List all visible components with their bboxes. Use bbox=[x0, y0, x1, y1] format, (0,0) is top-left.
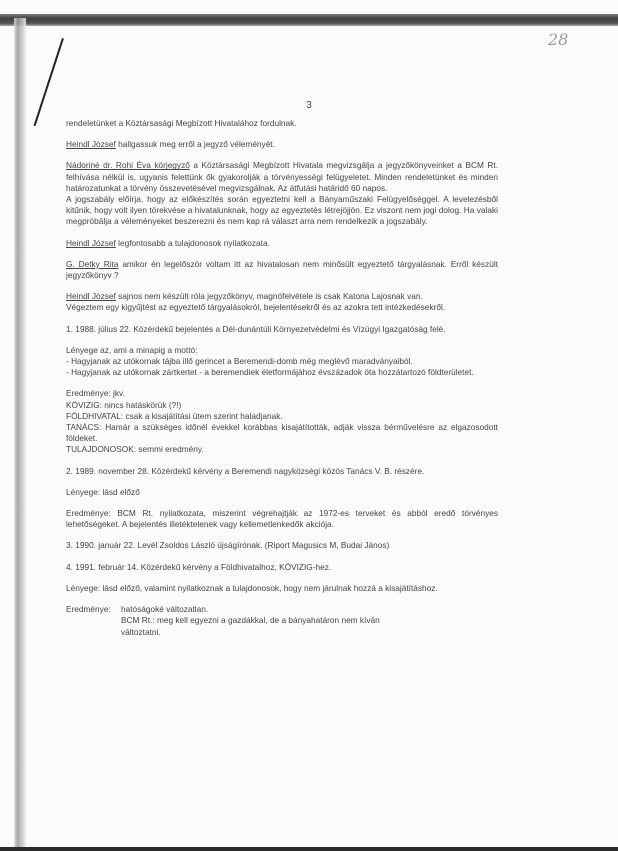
scan-border-left bbox=[14, 18, 26, 851]
item-4-result-line-1: hatóságoké változatlan. bbox=[121, 604, 498, 615]
speech-heindl-3-cont: Végeztem egy kigyűjtést az egyeztető tár… bbox=[66, 302, 498, 313]
speech-nadorine: Nádoriné dr. Rohi Éva körjegyző a Köztár… bbox=[66, 160, 498, 194]
item-4-result: Eredménye: hatóságoké változatlan. BCM R… bbox=[66, 604, 498, 638]
speech-heindl-3: Heindl József sajnos nem készült róla je… bbox=[66, 291, 498, 302]
speech-text: amikor én legelőször voltam itt az hivat… bbox=[66, 259, 498, 280]
item-2-heading: 2. 1989. november 28. Közérdekű kérvény … bbox=[66, 466, 498, 477]
item-1-result-tanacs: TANÁCS: Hamár a szükséges időnél évekkel… bbox=[66, 422, 498, 444]
document-body: rendeletünket a Köztársasági Megbízott H… bbox=[66, 118, 498, 638]
item-4-result-line-2: BCM Rt.: meg kell egyezni a gazdákkal, d… bbox=[121, 615, 411, 637]
scan-border-top bbox=[0, 14, 618, 26]
speech-detky: G. Detky Rita amikor én legelőször volta… bbox=[66, 259, 498, 281]
item-1-result-tulajdonosok: TULAJDONOSOK: semmi eredmény. bbox=[66, 444, 498, 455]
item-1-essence-b: - Hagyjanak az utókornak zártkertet - a … bbox=[66, 367, 498, 378]
speech-heindl-1: Heindl József hallgassuk meg erről a jeg… bbox=[66, 139, 498, 150]
item-4-result-body: hatóságoké változatlan. BCM Rt.: meg kel… bbox=[121, 604, 498, 638]
item-1-heading: 1. 1988. július 22. Közérdekű bejelentés… bbox=[66, 324, 498, 335]
handwritten-slash-mark bbox=[34, 38, 64, 126]
item-2-essence: Lényege: lásd előző bbox=[66, 487, 498, 498]
item-3-heading: 3. 1990. január 22. Levél Zsoldos László… bbox=[66, 540, 498, 551]
speaker-name: Nádoriné dr. Rohi Éva körjegyző bbox=[66, 160, 190, 170]
speech-heindl-2: Heindl József legfontosabb a tulajdonoso… bbox=[66, 238, 498, 249]
scan-border-bottom bbox=[0, 847, 618, 851]
item-1-essence-heading: Lényege az, ami a minapig a mottó: bbox=[66, 345, 498, 356]
speech-text: sajnos nem készült róla jegyzőkönyv, mag… bbox=[116, 291, 423, 301]
speech-nadorine-cont: A jogszabály előírja, hogy az előkészíté… bbox=[66, 194, 498, 228]
item-4-result-label: Eredménye: bbox=[66, 604, 121, 638]
item-1-result-kovizig: KÖVIZIG: nincs hatáskörük (?!) bbox=[66, 400, 498, 411]
speaker-name: Heindl József bbox=[66, 238, 116, 248]
speaker-name: G. Detky Rita bbox=[66, 259, 118, 269]
handwritten-page-mark: 28 bbox=[548, 30, 568, 49]
item-4-essence: Lényege: lásd előző, valamint nyilatkozn… bbox=[66, 583, 498, 594]
speaker-name: Heindl József bbox=[66, 291, 116, 301]
item-1-result-heading: Eredménye: jkv. bbox=[66, 388, 498, 399]
item-2-result: Eredménye: BCM Rt. nyilatkozata, miszeri… bbox=[66, 508, 498, 530]
page-number: 3 bbox=[0, 100, 618, 111]
item-1-result-foldhivatal: FÖLDHIVATAL: csak a kisajátítási ütem sz… bbox=[66, 411, 498, 422]
speech-text: hallgassuk meg erről a jegyző véleményét… bbox=[116, 139, 275, 149]
item-1-essence-a: - Hagyjanak az utókornak tájba illő geri… bbox=[66, 356, 498, 367]
paragraph-continuation: rendeletünket a Köztársasági Megbízott H… bbox=[66, 118, 498, 129]
item-4-heading: 4. 1991. február 14. Közérdekű kérvény a… bbox=[66, 562, 498, 573]
speech-text: legfontosabb a tulajdonosok nyilatkozata… bbox=[116, 238, 270, 248]
speaker-name: Heindl József bbox=[66, 139, 116, 149]
